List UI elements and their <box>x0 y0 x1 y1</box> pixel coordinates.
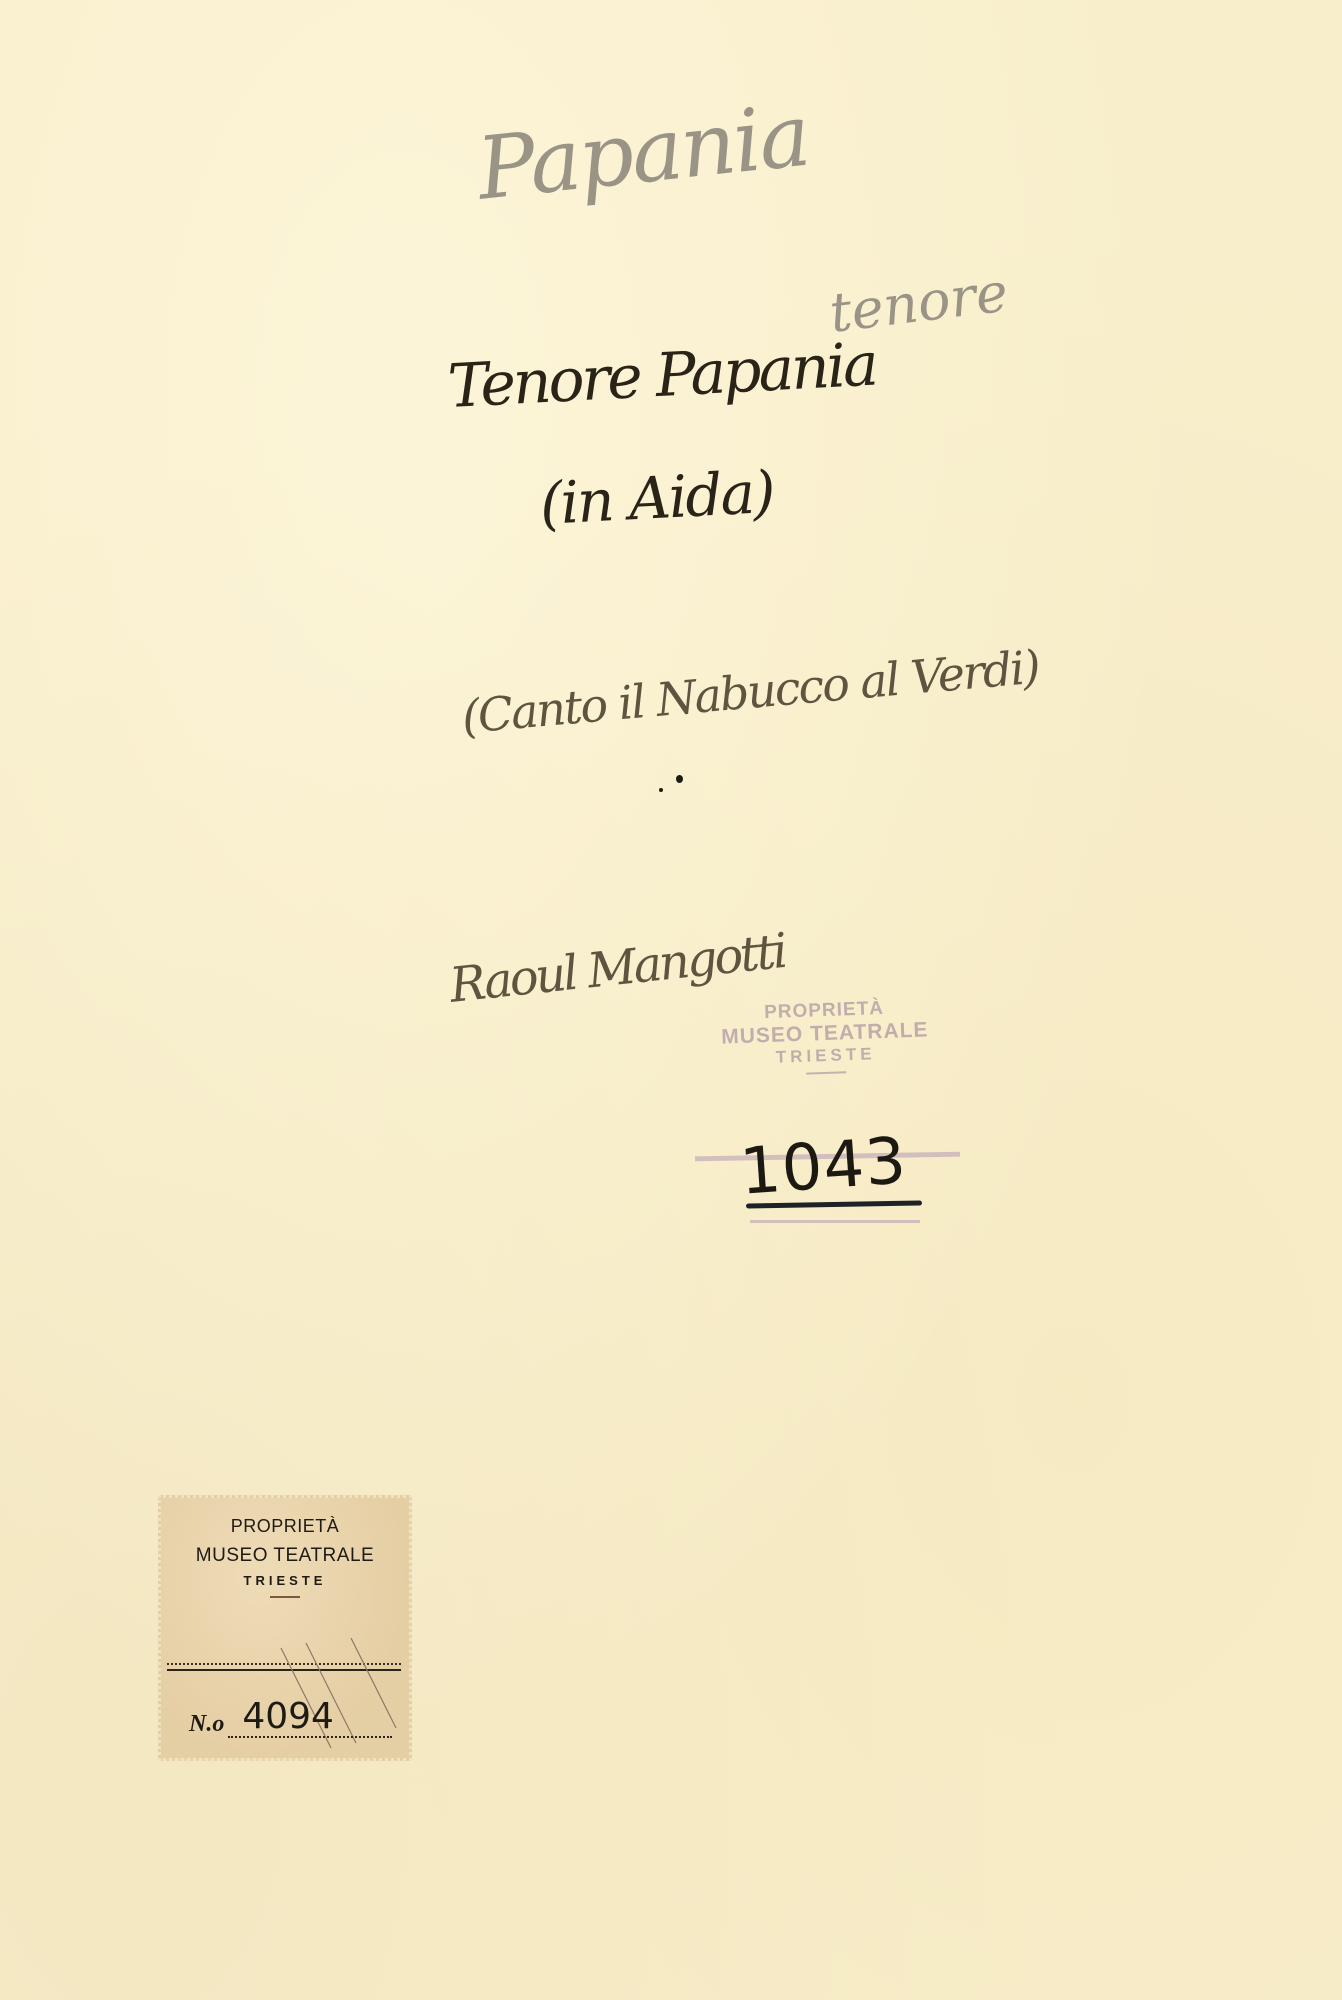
ink-note-line3: (Canto il Nabucco al Verdi) <box>460 640 1041 744</box>
ink-note-line2: (in Aida) <box>538 458 775 538</box>
stamp-divider <box>806 1071 846 1074</box>
label-line2: MUSEO TEATRALE <box>161 1545 409 1567</box>
museum-stamp: PROPRIETÀ MUSEO TEATRALE TRIESTE <box>699 996 951 1079</box>
label-line3: TRIESTE <box>161 1573 409 1588</box>
museum-label-sticker: PROPRIETÀ MUSEO TEATRALE TRIESTE N.o 409… <box>158 1495 412 1761</box>
label-solid-rule <box>167 1669 401 1671</box>
signature: Raoul Mangotti <box>447 923 788 1014</box>
ink-dot <box>676 775 683 783</box>
pencil-name-note: Papania <box>473 86 813 220</box>
label-divider <box>270 1596 300 1598</box>
label-line1: PROPRIETÀ <box>161 1516 409 1537</box>
label-number-prefix: N.o <box>189 1711 224 1738</box>
label-dotted-rule <box>167 1663 401 1665</box>
ink-dot <box>659 788 663 792</box>
stamp-rule <box>750 1220 920 1223</box>
label-number-row: N.o 4094 <box>189 1698 392 1738</box>
inventory-number: 1043 <box>738 1124 910 1209</box>
ink-note-line1: Tenore Papania <box>446 330 877 422</box>
label-number-value: 4094 <box>228 1698 392 1738</box>
